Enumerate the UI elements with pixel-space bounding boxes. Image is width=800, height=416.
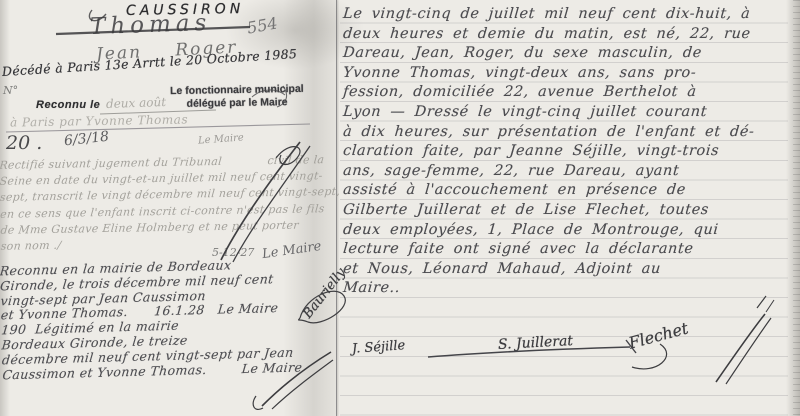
- act-text-line: deux heures et demie du matin, est né, 2…: [342, 25, 799, 45]
- act-text-line: fession, domiciliée 22, avenue Berthelot…: [342, 83, 799, 103]
- recognition-note: à Paris par Yvonne Thomas: [10, 112, 188, 129]
- lemaire-faint-note: Le Maire: [198, 132, 244, 146]
- act-text-line: Le vingt-cinq de juillet mil neuf cent d…: [342, 5, 799, 25]
- struck-out-surname: Thomas: [90, 10, 212, 40]
- act-text-line: assisté à l'accouchement en présence de: [342, 181, 799, 201]
- act-text-line: claration faite, par Jeanne Séjille, vin…: [342, 142, 799, 162]
- register-page-scan: CAUSSIRON Thomas 554 Jean Roger Décédé à…: [0, 0, 800, 416]
- act-text-line: et Nous, Léonard Mahaud, Adjoint au: [342, 260, 799, 280]
- act-text-line: ans, sage-femme, 22, rue Dareau, ayant: [342, 162, 799, 182]
- act-text-line: Lyon — Dressé le vingt-cinq juillet cour…: [342, 103, 799, 123]
- bordeaux-mentions: Reconnu en la mairie de Bordeaux Gironde…: [0, 256, 334, 383]
- rectification-mention: Rectifié suivant jugement du Tribunal ci…: [0, 152, 323, 255]
- birth-act-text: Le vingt-cinq de juillet mil neuf cent d…: [343, 5, 798, 299]
- act-text-line: Gilberte Juillerat et de Lise Flechet, t…: [342, 201, 799, 221]
- act-text-line: à dix heures, sur présentation de l'enfa…: [342, 123, 799, 143]
- act-text-line: deux employées, 1, Place de Montrouge, q…: [342, 221, 799, 241]
- official-delegate-stamp: Le fonctionnaire municipal délégué par l…: [152, 83, 322, 112]
- margin-divider-line: [336, 0, 337, 416]
- act-text-line: Yvonne Thomas, vingt-deux ans, sans pro-: [342, 64, 799, 84]
- act-text-line: Dareau, Jean, Roger, du sexe masculin, d…: [342, 44, 799, 64]
- numero-label: N°: [3, 84, 18, 97]
- bottom-left-signature-curl: [253, 396, 263, 409]
- margin-ref-date: 6/3/18: [63, 129, 109, 150]
- reconnu-stamp-label: Reconnu le: [36, 99, 100, 111]
- margin-ref-number: 20 .: [6, 132, 42, 154]
- act-text-line: lecture faite ont signé avec la déclaran…: [342, 240, 799, 260]
- act-text-line: Maire..: [342, 279, 799, 299]
